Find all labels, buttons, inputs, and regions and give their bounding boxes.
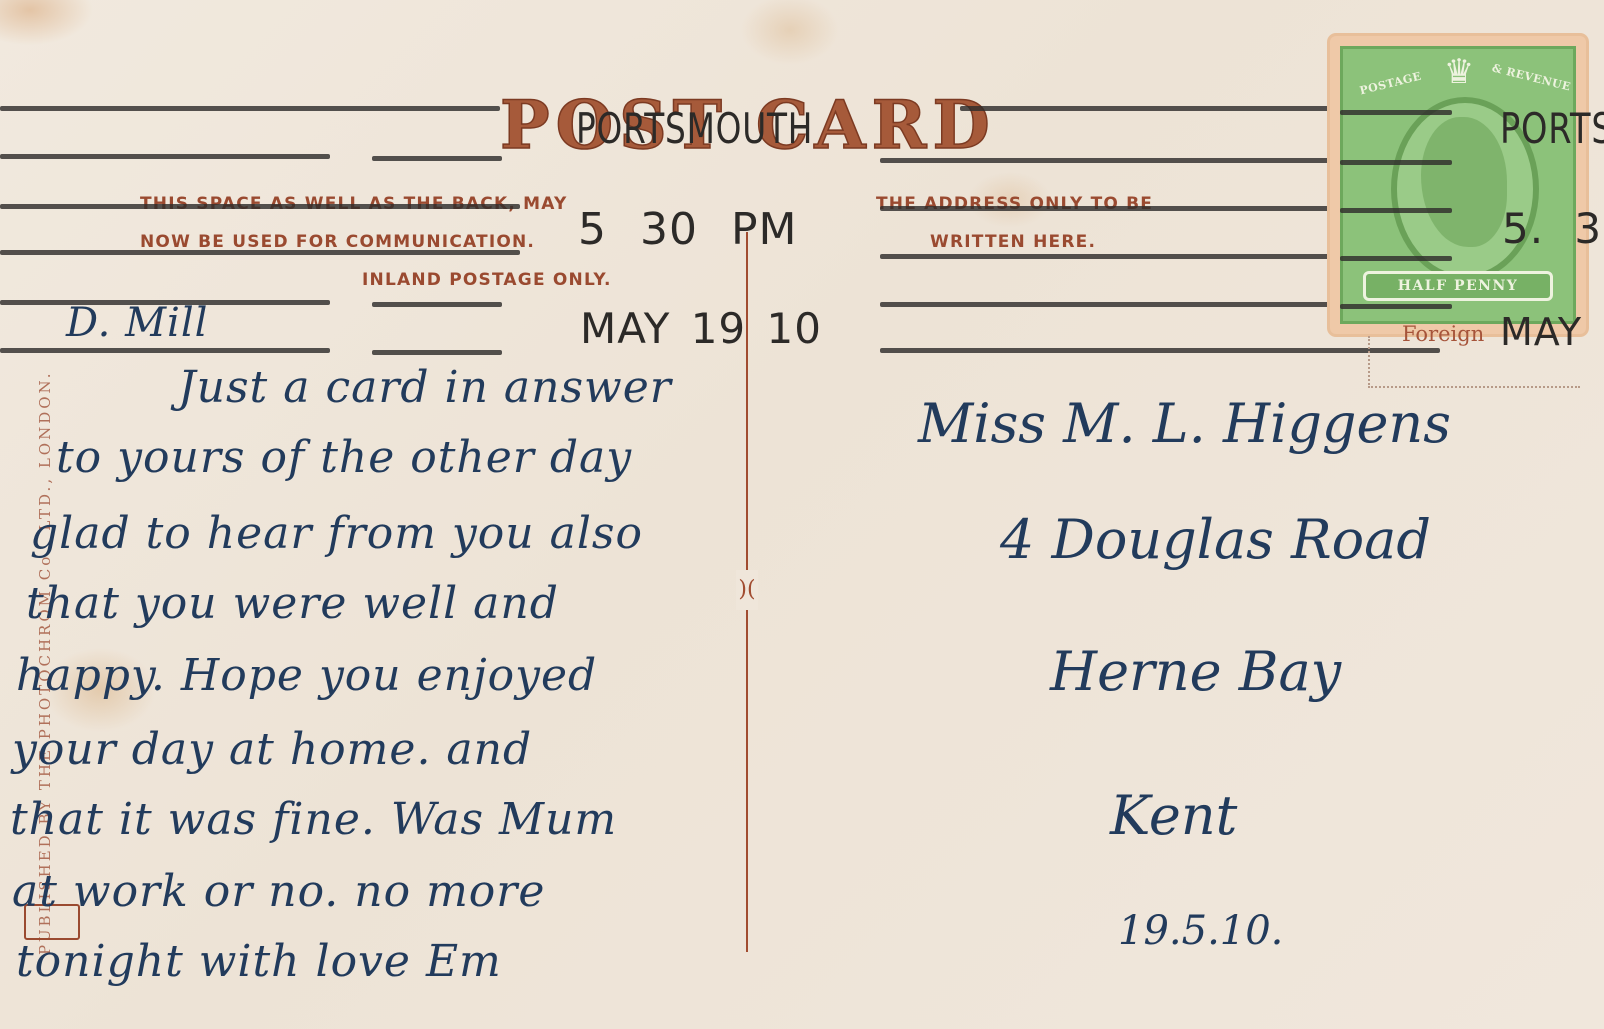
message-line: that you were well and xyxy=(26,578,559,629)
cancel-bar xyxy=(0,204,520,209)
cancel-bar xyxy=(880,348,1440,353)
stamp-box-foreign-label: Foreign xyxy=(1402,322,1484,346)
cancel-bar xyxy=(1340,304,1452,309)
cancel-bar xyxy=(0,348,330,353)
message-line: glad to hear from you also xyxy=(30,508,643,559)
cancel-bar xyxy=(1340,110,1452,115)
left-notice-line3: INLAND POSTAGE ONLY. xyxy=(362,270,612,290)
cancel-bar xyxy=(0,154,330,159)
stamp-postage-label: POSTAGE xyxy=(1358,70,1422,98)
address-line-name: Miss M. L. Higgens xyxy=(918,392,1451,455)
postcard: POSTCARD THIS SPACE AS WELL AS THE BACK,… xyxy=(0,0,1604,1029)
address-line-street: 4 Douglas Road xyxy=(1000,508,1431,571)
stamp-value: HALF PENNY xyxy=(1363,271,1553,301)
postmark-right-time: 5. 3 xyxy=(1502,204,1602,253)
cancel-bar xyxy=(1340,160,1452,165)
address-date: 19.5.10. xyxy=(1118,908,1283,954)
postmark-right-town: PORTS xyxy=(1500,104,1604,153)
message-line: happy. Hope you enjoyed xyxy=(16,650,597,701)
divider-ornament-icon: )( xyxy=(736,570,758,610)
stamp-revenue-label: & REVENUE xyxy=(1491,61,1572,93)
right-notice-line2: WRITTEN HERE. xyxy=(930,232,1096,252)
cancel-bar xyxy=(372,350,502,355)
message-line: to yours of the other day xyxy=(56,432,632,483)
message-line: your day at home. and xyxy=(12,724,532,775)
postmark-town: PORTSMOUTH xyxy=(576,104,813,153)
left-notice-line2: NOW BE USED FOR COMMUNICATION. xyxy=(140,232,535,252)
message-line: tonight with love Em xyxy=(16,936,502,987)
cancel-bar xyxy=(1340,208,1452,213)
postage-stamp: ♛ POSTAGE & REVENUE HALF PENNY xyxy=(1330,36,1586,334)
postmark-date: MAY 19 10 xyxy=(580,304,822,353)
message-line: Just a card in answer xyxy=(178,362,672,413)
message-salutation: D. Mill xyxy=(66,300,208,346)
cancel-bar xyxy=(372,302,502,307)
right-notice-line1: THE ADDRESS ONLY TO BE xyxy=(876,194,1153,214)
cancel-bar xyxy=(0,106,500,111)
cancel-bar xyxy=(1340,256,1452,261)
message-line: at work or no. no more xyxy=(12,866,545,917)
crown-icon: ♛ xyxy=(1435,53,1483,93)
cancel-bar xyxy=(372,156,502,161)
address-line-county: Kent xyxy=(1110,784,1237,847)
address-line-town: Herne Bay xyxy=(1050,640,1341,703)
postmark-time: 5 30 PM xyxy=(578,204,797,255)
cancel-bar xyxy=(0,250,520,255)
message-line: that it was fine. Was Mum xyxy=(10,794,617,845)
